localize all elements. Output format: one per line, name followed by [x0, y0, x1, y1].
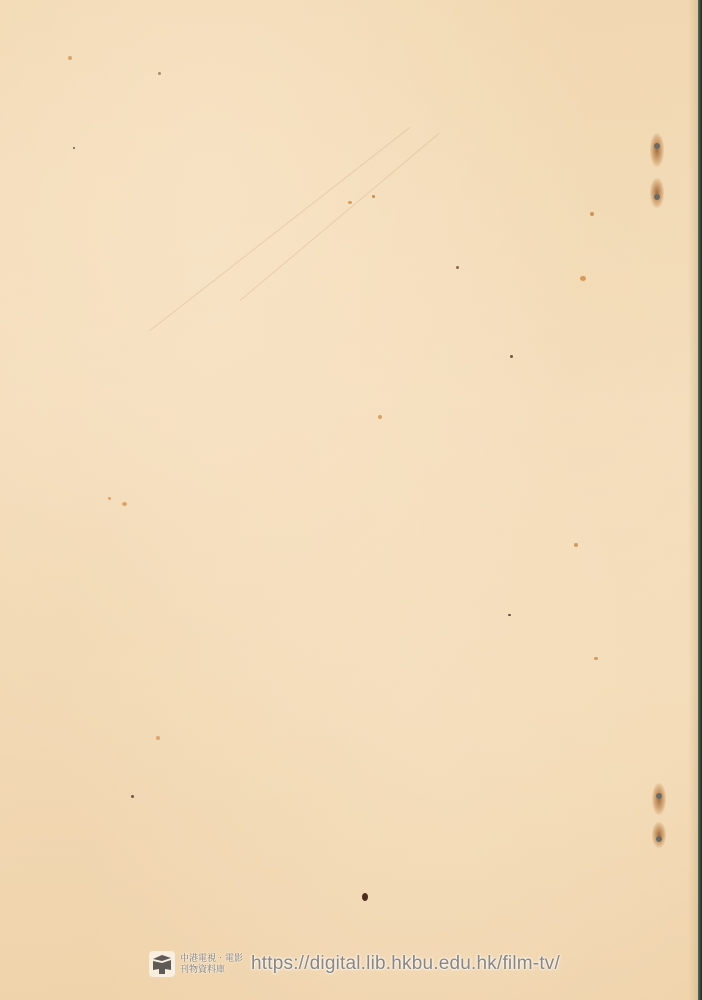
foxing-spot [156, 736, 160, 740]
watermark-url: https://digital.lib.hkbu.edu.hk/film-tv/ [251, 953, 560, 975]
paper-page: 中港電視‧電影 刊物資料庫 https://digital.lib.hkbu.e… [0, 0, 702, 1000]
film-clapper-icon [148, 950, 176, 978]
foxing-spot [378, 415, 382, 419]
foxing-spot [372, 195, 375, 198]
foxing-spot [73, 147, 75, 149]
watermark-logo-line1: 中港電視‧電影 [180, 953, 243, 964]
foxing-spot [348, 201, 352, 204]
foxing-spot [594, 657, 598, 660]
foxing-spot [456, 266, 459, 269]
foxing-spot [108, 497, 111, 500]
page-edge-shadow [688, 0, 698, 1000]
foxing-spot [158, 72, 161, 75]
foxing-spot [590, 212, 594, 216]
foxing-spot [580, 276, 586, 281]
ink-dot [362, 893, 368, 901]
foxing-spot [508, 614, 511, 616]
staple-mark-top-lower [650, 178, 664, 208]
watermark: 中港電視‧電影 刊物資料庫 https://digital.lib.hkbu.e… [148, 947, 560, 981]
foxing-spot [122, 502, 127, 506]
watermark-logo-text: 中港電視‧電影 刊物資料庫 [180, 953, 243, 975]
paper-crease [150, 127, 411, 331]
staple-mark-bottom-lower [652, 822, 666, 848]
foxing-spot [131, 795, 134, 798]
foxing-spot [68, 56, 72, 60]
watermark-logo: 中港電視‧電影 刊物資料庫 [148, 950, 243, 978]
staple-mark-top [650, 133, 664, 167]
page-edge [698, 0, 702, 1000]
foxing-spot [574, 543, 578, 547]
staple-mark-bottom [652, 783, 666, 815]
paper-crease [240, 133, 440, 301]
watermark-logo-line2: 刊物資料庫 [180, 964, 243, 975]
foxing-spot [510, 355, 513, 358]
